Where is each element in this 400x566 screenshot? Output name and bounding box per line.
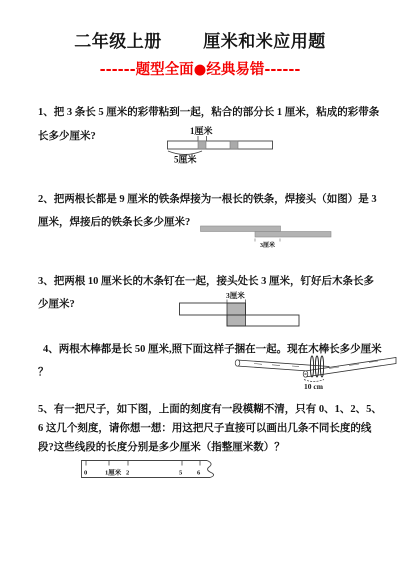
question-5: 5、有一把尺子，如下图，上面的刻度有一段模糊不清，只有 0、1、2、5、 6 这… [38,400,368,457]
worksheet-page: 二年级上册 厘米和米应用题 ------题型全面●经典易错------ 1、把 … [0,0,400,566]
page-subtitle: ------题型全面●经典易错------ [0,58,400,79]
page-title: 二年级上册 厘米和米应用题 [0,27,400,52]
question-5-line-3: 段?这些线段的长度分别是多少厘米（指整厘米数）？ [38,438,368,457]
figure-glued-ribbon: 1厘米 5厘米 [167,125,279,169]
ruler-label-2: 2 [126,470,129,477]
question-5-line-1: 5、有一把尺子，如下图，上面的刻度有一段模糊不清，只有 0、1、2、5、 [38,400,368,419]
stick-left-end-cap [235,360,240,366]
ruler-label-0: 0 [84,470,87,477]
ruler-label-1cm: 1厘米 [105,468,122,477]
overlap-length-label: 10 cm [304,382,324,391]
glue-overlap-1 [198,141,206,149]
ribbon-overlap-label: 1厘米 [190,125,213,136]
figure-welded-rods: 3厘米 [200,225,332,251]
ruler-body [82,461,214,478]
ribbon-bar [168,141,273,149]
iron-rod-upper [201,226,281,232]
board-overlap-shaded [227,303,246,326]
figure-nailed-boards: 3厘米 [179,290,301,330]
ribbon-segment-label: 5厘米 [174,154,197,165]
glue-overlap-2 [230,141,238,149]
question-5-line-2: 6 这几个刻度，请你想一想：用这把尺子直接可以画出几条不同长度的线 [38,419,368,438]
weld-length-label: 3厘米 [260,241,275,249]
question-1-line-1: 1、把 3 条长 5 厘米的彩带粘到一起，粘合的部分长 1 厘米，粘成的彩带条 [38,101,368,125]
joint-length-label: 3厘米 [226,290,245,300]
iron-rod-lower [255,232,331,238]
stick-right-end-cap [303,371,308,377]
figure-tied-sticks: 10 cm [234,352,400,392]
figure-broken-ruler: 0 1厘米 2 5 6 [81,460,221,482]
question-2-line-1: 2、把两根长都是 9 厘米的铁条焊接为一根长的铁条，焊接头（如图）是 3 [38,188,368,211]
